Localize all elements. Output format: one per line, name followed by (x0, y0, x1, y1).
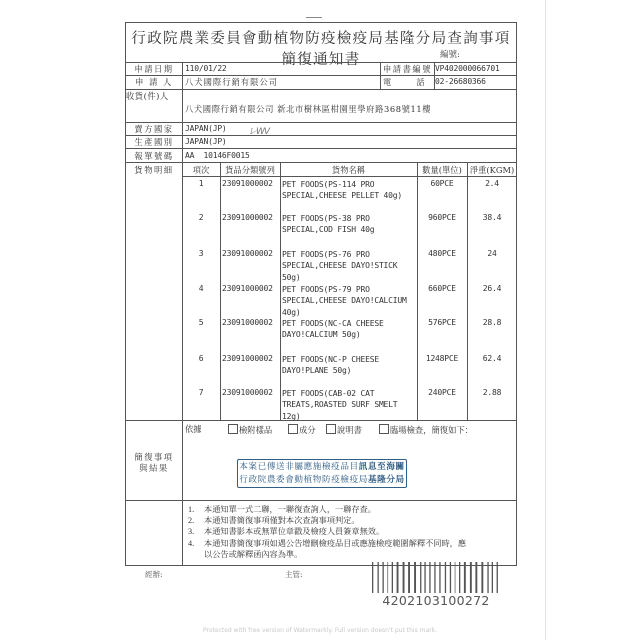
divider (380, 62, 381, 89)
declaration-no-value: AA 10146F0015 (185, 151, 250, 161)
goods-name: PET FOODS(PS-79 PRO SPECIAL,CHEESE DAYO!… (282, 284, 416, 318)
consignee-value: 八犬國際行銷有限公司 新北市樹林區柑園里學府路368號11樓 (185, 104, 431, 114)
divider (280, 162, 281, 420)
hs-code: 23091000002 (222, 249, 273, 259)
declaration-no-label: 報單號碼 (126, 151, 182, 161)
applicant-value: 八犬國際行銷有限公司 (185, 77, 278, 87)
goods-name: PET FOODS(CAB-02 CAT TREATS,ROASTED SURF… (282, 388, 416, 422)
apply-date-label: 申請日期 (126, 64, 182, 74)
net-weight: 2.4 (467, 179, 517, 189)
hs-code: 23091000002 (222, 318, 273, 328)
divider (125, 89, 517, 90)
divider (125, 62, 517, 63)
net-weight: 2.88 (467, 388, 517, 398)
column-header-name: 貨物名稱 (280, 165, 417, 175)
checkbox-manual[interactable]: 說明書 (326, 424, 362, 435)
consignee-label: 收貨(件)人 (126, 91, 169, 101)
handler-signature-label: 經辦: (145, 569, 163, 580)
goods-name: PET FOODS(NC-P CHEESE DAYO!PLANE 50g) (282, 354, 416, 377)
apply-date-value: 110/01/22 (185, 64, 227, 74)
applicant-label: 申 請 人 (126, 77, 182, 87)
divider (125, 500, 517, 501)
divider (125, 148, 517, 149)
item-number: 7 (182, 388, 220, 398)
note-item: 3.本通知書影本或無單位章戳及檢疫人員簽章無效。 (188, 526, 466, 537)
item-number: 6 (182, 354, 220, 364)
column-header-quantity: 數量(單位) (417, 165, 467, 175)
official-stamp: 本案已傳送非屬應施檢疫品目訊息至海關 行政院農委會動植物防疫檢疫局基隆分局 (237, 459, 407, 488)
reply-label-line1: 簡復事項 (126, 452, 182, 462)
checkbox-ingredients[interactable]: 成分 (288, 424, 316, 435)
quantity: 660PCE (417, 284, 467, 294)
item-number: 3 (182, 249, 220, 259)
watermark-text: Protected with free version of Watermark… (0, 627, 640, 634)
checkbox-icon (288, 424, 298, 434)
seller-country-label: 賣方國家 (126, 124, 182, 134)
hs-code: 23091000002 (222, 179, 273, 189)
goods-detail-label: 貨物明細 (126, 165, 182, 175)
origin-country-label: 生產國別 (126, 137, 182, 147)
note-item: 2.本通知書簡復事項僅對本次查詢事項判定。 (188, 515, 466, 526)
checkbox-sample[interactable]: 檢附樣品 (228, 424, 272, 435)
top-mark (306, 17, 322, 18)
paper-edge (545, 0, 546, 640)
item-number: 2 (182, 213, 220, 223)
checkbox-icon (228, 424, 238, 434)
phone-label: 電 話 (383, 77, 425, 87)
hs-code: 23091000002 (222, 388, 273, 398)
serial-number-label: 編號: (440, 48, 460, 60)
supervisor-signature-label: 主管: (285, 569, 303, 580)
divider (182, 62, 183, 566)
goods-name: PET FOODS(PS-38 PRO SPECIAL,COD FISH 40g (282, 213, 416, 236)
divider (125, 135, 517, 136)
net-weight: 38.4 (467, 213, 517, 223)
application-no-label: 申請書編號 (383, 64, 432, 74)
seller-country-value: JAPAN(JP) (185, 124, 227, 134)
quantity: 60PCE (417, 179, 467, 189)
application-no-value: VP402000066701 (435, 64, 500, 74)
barcode-number: 4202103100272 (372, 593, 500, 608)
handwritten-note: レWV (248, 124, 269, 137)
goods-name: PET FOODS(PS-114 PRO SPECIAL,CHEESE PELL… (282, 179, 416, 202)
net-weight: 62.4 (467, 354, 517, 364)
divider (125, 122, 517, 123)
column-header-weight: 淨重(KGM) (467, 165, 517, 175)
hs-code: 23091000002 (222, 213, 273, 223)
origin-country-value: JAPAN(JP) (185, 137, 227, 147)
column-header-item: 項次 (182, 165, 220, 175)
checkbox-icon (379, 424, 389, 434)
quantity: 960PCE (417, 213, 467, 223)
hs-code: 23091000002 (222, 284, 273, 294)
note-item: 以公告或解釋函內容為準。 (188, 549, 466, 560)
goods-name: PET FOODS(PS-76 PRO SPECIAL,CHEESE DAYO!… (282, 249, 416, 283)
goods-name: PET FOODS(NC-CA CHEESE DAYO!CALCIUM 50g) (282, 318, 416, 341)
net-weight: 26.4 (467, 284, 517, 294)
reply-label-line2: 與結果 (126, 463, 182, 473)
hs-code: 23091000002 (222, 354, 273, 364)
basis-label: 依據 (185, 424, 202, 434)
column-header-code: 貨品分類號列 (220, 165, 280, 175)
net-weight: 28.8 (467, 318, 517, 328)
phone-value: 02-26680366 (435, 77, 486, 87)
note-item: 4.本通知書簡復事項如遇公告增刪檢疫品目或應施檢疫範圍解釋不同時，應 (188, 538, 466, 549)
quantity: 1248PCE (417, 354, 467, 364)
item-number: 4 (182, 284, 220, 294)
item-number: 1 (182, 179, 220, 189)
notes-list: 1.本通知單一式二聯，一聯復查詢人，一聯存查。 2.本通知書簡復事項僅對本次查詢… (188, 504, 466, 560)
quantity: 576PCE (417, 318, 467, 328)
quantity: 240PCE (417, 388, 467, 398)
checkbox-onsite-inspection[interactable]: 臨場檢查，簡復如下： (379, 424, 473, 435)
divider (220, 162, 221, 420)
note-item: 1.本通知單一式二聯，一聯復查詢人，一聯存查。 (188, 504, 466, 515)
barcode (372, 562, 500, 593)
divider (125, 162, 517, 163)
item-number: 5 (182, 318, 220, 328)
divider (125, 75, 517, 76)
checkbox-icon (326, 424, 336, 434)
net-weight: 24 (467, 249, 517, 259)
quantity: 480PCE (417, 249, 467, 259)
